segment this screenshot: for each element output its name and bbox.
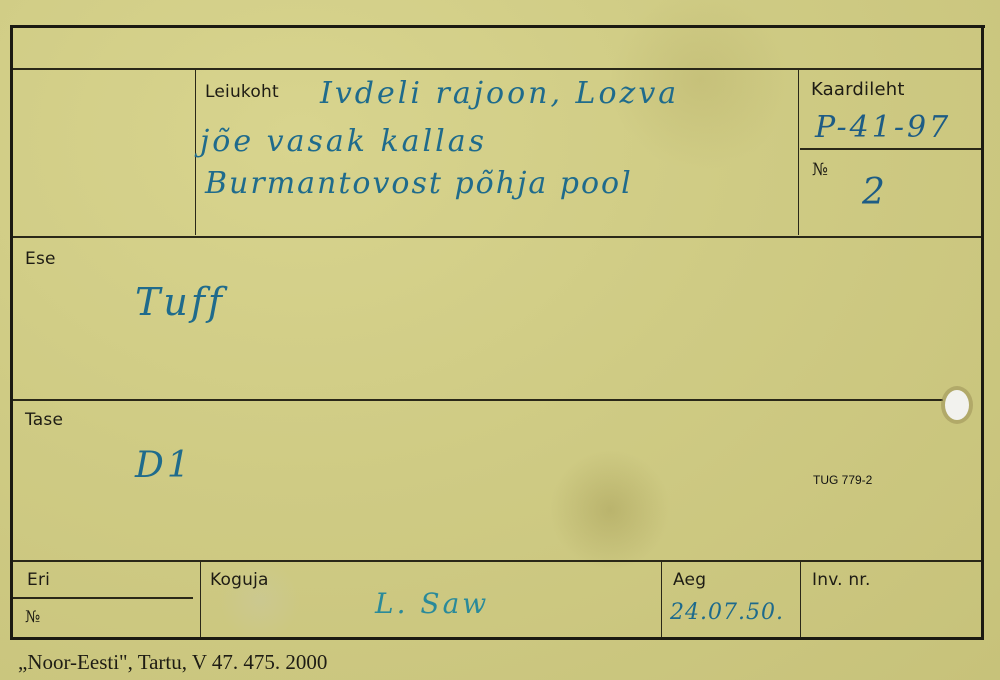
punch-hole [945, 390, 969, 420]
leiukoht-value-line-1: Ivdeli rajoon, Lozva [320, 76, 679, 111]
inventory-stamp: TUG 779-2 [813, 473, 872, 487]
leiukoht-left-divider [195, 69, 196, 235]
aeg-left-divider [661, 562, 662, 637]
tase-value: D1 [135, 445, 193, 486]
left-border [10, 27, 13, 639]
koguja-left-divider [200, 562, 201, 637]
koguja-label: Koguja [210, 570, 269, 590]
ese-value: Tuff [135, 280, 225, 324]
tase-label: Tase [25, 410, 63, 430]
header-divider [13, 68, 981, 70]
ese-label: Ese [25, 249, 56, 269]
number-label: № [812, 160, 828, 180]
ese-top-divider [13, 236, 981, 238]
leiukoht-value-line-3: Burmantovost põhja pool [205, 166, 633, 201]
koguja-value: L. Saw [375, 587, 489, 620]
right-border [981, 27, 984, 639]
inv-nr-label: Inv. nr. [812, 570, 871, 590]
aeg-label: Aeg [673, 570, 706, 590]
top-border [10, 25, 985, 28]
bottom-row-divider [13, 560, 981, 562]
eri-divider [13, 597, 193, 599]
printer-imprint: „Noor-Eesti", Tartu, V 47. 475. 2000 [18, 650, 327, 675]
kaardileht-left-divider [798, 69, 799, 235]
kaardileht-value: P-41-97 [815, 110, 951, 145]
eri-label: Eri [27, 570, 50, 590]
tase-top-divider [13, 399, 943, 401]
kaardileht-label: Kaardileht [811, 79, 905, 100]
bottom-border [10, 637, 984, 640]
aeg-value: 24.07.50. [670, 600, 784, 625]
leiukoht-label: Leiukoht [205, 82, 279, 102]
inv-left-divider [800, 562, 801, 637]
eri-number-label: № [25, 607, 40, 626]
kaardileht-divider [800, 148, 981, 150]
number-value: 2 [862, 172, 888, 213]
leiukoht-value-line-2: jõe vasak kallas [200, 124, 487, 159]
